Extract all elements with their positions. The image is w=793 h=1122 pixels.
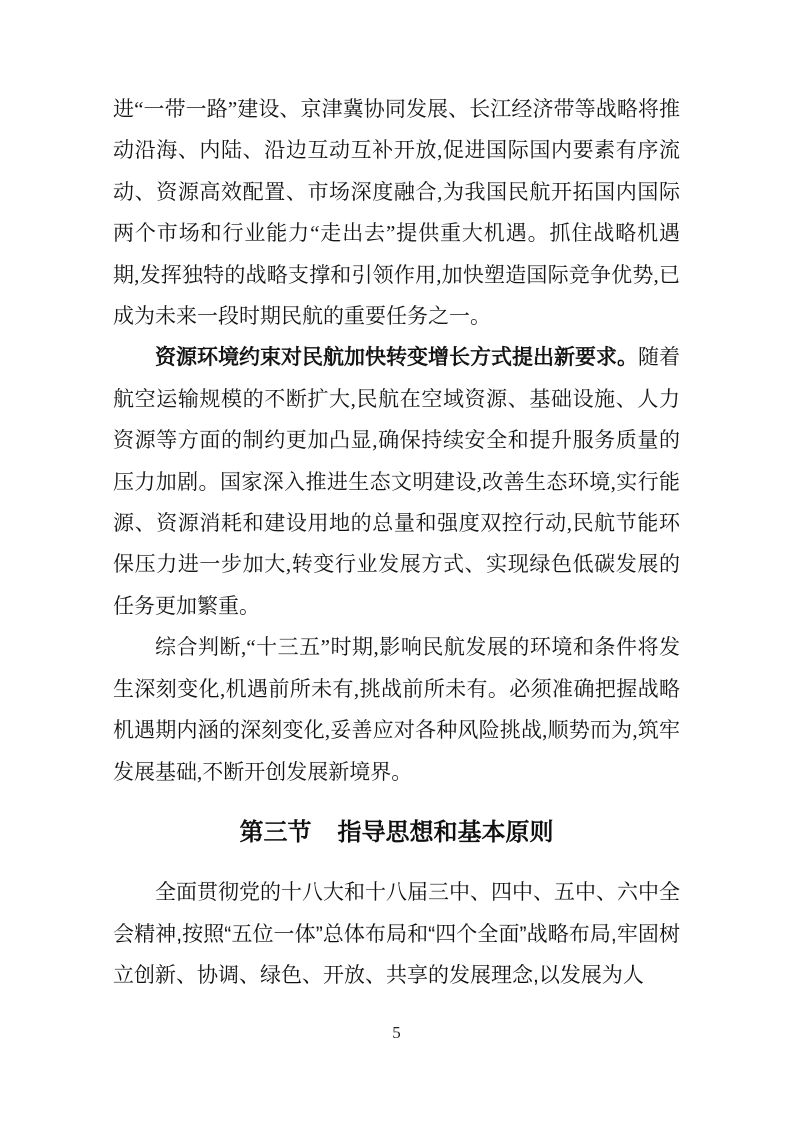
paragraph-text: 随着航空运输规模的不断扩大,民航在空域资源、基础设施、人力资源等方面的制约更加凸… — [113, 345, 680, 617]
section-heading-number: 第三节 — [240, 820, 312, 846]
paragraph-bold-lead: 资源环境约束对民航加快转变增长方式提出新要求。 — [155, 345, 638, 369]
document-page: 进“一带一路”建设、京津冀协同发展、长江经济带等战略将推动沿海、内陆、沿边互动互… — [0, 0, 793, 1122]
section-heading: 第三节指导思想和基本原则 — [113, 813, 680, 854]
paragraph-continuation: 进“一带一路”建设、京津冀协同发展、长江经济带等战略将推动沿海、内陆、沿边互动互… — [113, 89, 680, 337]
paragraph-guiding-ideology: 全面贯彻党的十八大和十八届三中、四中、五中、六中全会精神,按照“五位一体”总体布… — [113, 872, 680, 996]
paragraph-text: 全面贯彻党的十八大和十八届三中、四中、五中、六中全会精神,按照“五位一体”总体布… — [113, 881, 680, 987]
section-heading-title: 指导思想和基本原则 — [338, 820, 554, 846]
paragraph-overall-judgement: 综合判断,“十三五”时期,影响民航发展的环境和条件将发生深刻变化,机遇前所未有,… — [113, 627, 680, 793]
document-body: 进“一带一路”建设、京津冀协同发展、长江经济带等战略将推动沿海、内陆、沿边互动互… — [113, 89, 680, 997]
paragraph-text: 进“一带一路”建设、京津冀协同发展、长江经济带等战略将推动沿海、内陆、沿边互动互… — [113, 97, 680, 328]
paragraph-resource-environment: 资源环境约束对民航加快转变增长方式提出新要求。随着航空运输规模的不断扩大,民航在… — [113, 337, 680, 627]
page-number: 5 — [0, 1023, 793, 1043]
paragraph-text: 综合判断,“十三五”时期,影响民航发展的环境和条件将发生深刻变化,机遇前所未有,… — [113, 635, 680, 783]
